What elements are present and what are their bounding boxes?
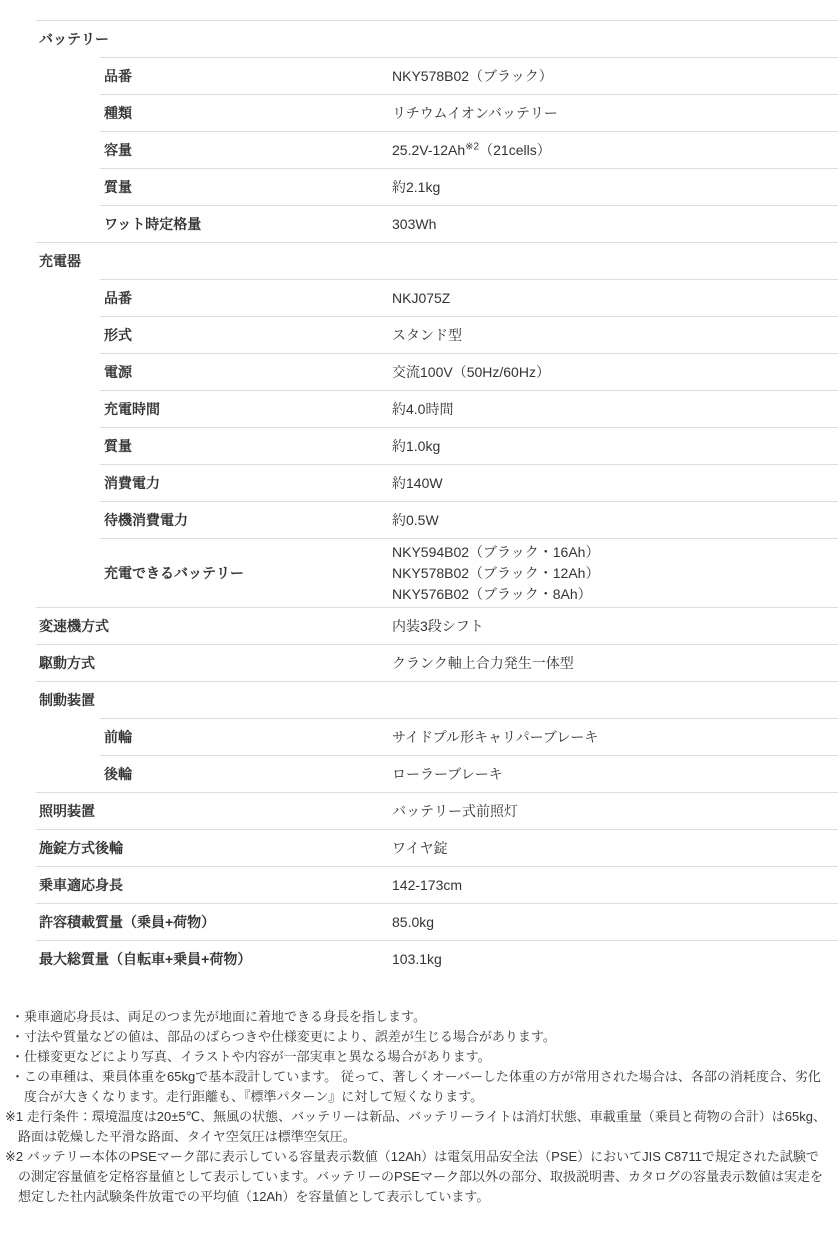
spec-value: クランク軸上合力発生一体型 xyxy=(392,656,838,671)
spec-row-rear-brake: 後輪 ローラーブレーキ xyxy=(100,755,838,792)
section-header-brakes: 制動装置 xyxy=(36,681,838,718)
spec-label: 駆動方式 xyxy=(36,656,392,671)
spec-value: 約2.1kg xyxy=(392,180,838,195)
spec-value: リチウムイオンバッテリー xyxy=(392,106,838,121)
spec-label: 最大総質量（自転車+乗員+荷物） xyxy=(36,952,392,967)
spec-label: 施錠方式後輪 xyxy=(36,841,392,856)
spec-value: 約140W xyxy=(392,476,838,491)
spec-value: 約0.5W xyxy=(392,513,838,528)
spec-row-standby-power: 待機消費電力 約0.5W xyxy=(100,501,838,538)
spec-row-charger-power-source: 電源 交流100V（50Hz/60Hz） xyxy=(100,353,838,390)
section-header-battery: バッテリー xyxy=(36,20,838,57)
section-title: バッテリー xyxy=(39,32,109,47)
spec-row-power-consumption: 消費電力 約140W xyxy=(100,464,838,501)
spec-page: バッテリー 品番 NKY578B02（ブラック） 種類 リチウムイオンバッテリー… xyxy=(0,20,840,1236)
spec-label: 変速機方式 xyxy=(36,619,392,634)
spec-row-battery-type: 種類 リチウムイオンバッテリー xyxy=(100,94,838,131)
chargeable-battery-item: NKY594B02（ブラック・16Ah） xyxy=(392,542,838,563)
spec-value: 約1.0kg xyxy=(392,439,838,454)
spec-value: 303Wh xyxy=(392,217,838,232)
spec-value: 103.1kg xyxy=(392,952,838,967)
spec-value: スタンド型 xyxy=(392,328,838,343)
section-title: 制動装置 xyxy=(39,693,95,708)
spec-label: 品番 xyxy=(100,69,392,84)
spec-row-battery-weight: 質量 約2.1kg xyxy=(100,168,838,205)
capacity-value: 25.2V-12Ah xyxy=(392,142,465,158)
spec-label: 乗車適応身長 xyxy=(36,878,392,893)
spec-row-charger-weight: 質量 約1.0kg xyxy=(100,427,838,464)
spec-row-lock: 施錠方式後輪 ワイヤ錠 xyxy=(36,829,838,866)
spec-label: 質量 xyxy=(100,439,392,454)
spec-value: ローラーブレーキ xyxy=(392,767,838,782)
spec-row-max-load: 許容積載質量（乗員+荷物） 85.0kg xyxy=(36,903,838,940)
footnote-ref-2: ※2 バッテリー本体のPSEマーク部に表示している容量表示数値（12Ah）は電気… xyxy=(5,1147,826,1207)
spec-row-max-total-weight: 最大総質量（自転車+乗員+荷物） 103.1kg xyxy=(36,940,838,977)
spec-value: バッテリー式前照灯 xyxy=(392,804,838,819)
spec-row-battery-capacity: 容量 25.2V-12Ah※2（21cells） xyxy=(100,131,838,168)
footnotes: ・乗車適応身長は、両足のつま先が地面に着地できる身長を指します。 ・寸法や質量な… xyxy=(11,1007,826,1207)
note-item: ・この車種は、乗員体重を65kgで基本設計しています。 従って、著しくオーバーし… xyxy=(11,1067,826,1107)
chargeable-battery-item: NKY578B02（ブラック・12Ah） xyxy=(392,563,838,584)
spec-value: 交流100V（50Hz/60Hz） xyxy=(392,365,838,380)
spec-label: 照明装置 xyxy=(36,804,392,819)
spec-label: 充電時間 xyxy=(100,402,392,417)
spec-row-drive-system: 駆動方式 クランク軸上合力発生一体型 xyxy=(36,644,838,681)
spec-label: 質量 xyxy=(100,180,392,195)
spec-table: バッテリー 品番 NKY578B02（ブラック） 種類 リチウムイオンバッテリー… xyxy=(0,20,838,977)
spec-label: 電源 xyxy=(100,365,392,380)
spec-value: 内装3段シフト xyxy=(392,619,838,634)
spec-label: 待機消費電力 xyxy=(100,513,392,528)
spec-label: 種類 xyxy=(100,106,392,121)
spec-value: NKJ075Z xyxy=(392,291,838,306)
note-item: ・仕様変更などにより写真、イラストや内容が一部実車と異なる場合があります。 xyxy=(11,1047,826,1067)
spec-label: 形式 xyxy=(100,328,392,343)
note-item: ・寸法や質量などの値は、部品のばらつきや仕様変更により、誤差が生じる場合がありま… xyxy=(11,1027,826,1047)
spec-row-lighting: 照明装置 バッテリー式前照灯 xyxy=(36,792,838,829)
spec-value: サイドプル形キャリパーブレーキ xyxy=(392,730,838,745)
spec-label: 許容積載質量（乗員+荷物） xyxy=(36,915,392,930)
spec-label: 消費電力 xyxy=(100,476,392,491)
section-header-charger: 充電器 xyxy=(36,242,838,279)
spec-value: ワイヤ錠 xyxy=(392,841,838,856)
spec-label: 品番 xyxy=(100,291,392,306)
spec-value: NKY578B02（ブラック） xyxy=(392,69,838,84)
spec-row-front-brake: 前輪 サイドプル形キャリパーブレーキ xyxy=(100,718,838,755)
spec-row-battery-watt-hours: ワット時定格量 303Wh xyxy=(100,205,838,242)
section-title: 充電器 xyxy=(39,254,81,269)
chargeable-battery-item: NKY576B02（ブラック・8Ah） xyxy=(392,584,838,605)
spec-value: 25.2V-12Ah※2（21cells） xyxy=(392,143,838,158)
spec-value: 85.0kg xyxy=(392,915,838,930)
spec-row-charger-model: 品番 NKJ075Z xyxy=(100,279,838,316)
spec-row-battery-model: 品番 NKY578B02（ブラック） xyxy=(100,57,838,94)
note-item: ・乗車適応身長は、両足のつま先が地面に着地できる身長を指します。 xyxy=(11,1007,826,1027)
spec-label: 前輪 xyxy=(100,730,392,745)
spec-row-chargeable-batteries: 充電できるバッテリー NKY594B02（ブラック・16Ah） NKY578B0… xyxy=(100,538,838,607)
spec-row-rider-height: 乗車適応身長 142-173cm xyxy=(36,866,838,903)
spec-value: 約4.0時間 xyxy=(392,402,838,417)
footnote-marker-sup: ※2 xyxy=(465,141,479,152)
spec-row-charger-form: 形式 スタンド型 xyxy=(100,316,838,353)
spec-value: 142-173cm xyxy=(392,878,838,893)
spec-label: 充電できるバッテリー xyxy=(100,566,392,581)
footnote-ref-1: ※1 走行条件：環境温度は20±5℃、無風の状態、バッテリーは新品、バッテリーラ… xyxy=(5,1107,826,1147)
capacity-cells: （21cells） xyxy=(479,142,551,158)
spec-label: 後輪 xyxy=(100,767,392,782)
spec-row-gear-system: 変速機方式 内装3段シフト xyxy=(36,607,838,644)
spec-value: NKY594B02（ブラック・16Ah） NKY578B02（ブラック・12Ah… xyxy=(392,542,838,605)
spec-label: 容量 xyxy=(100,143,392,158)
spec-row-charge-time: 充電時間 約4.0時間 xyxy=(100,390,838,427)
spec-label: ワット時定格量 xyxy=(100,217,392,232)
